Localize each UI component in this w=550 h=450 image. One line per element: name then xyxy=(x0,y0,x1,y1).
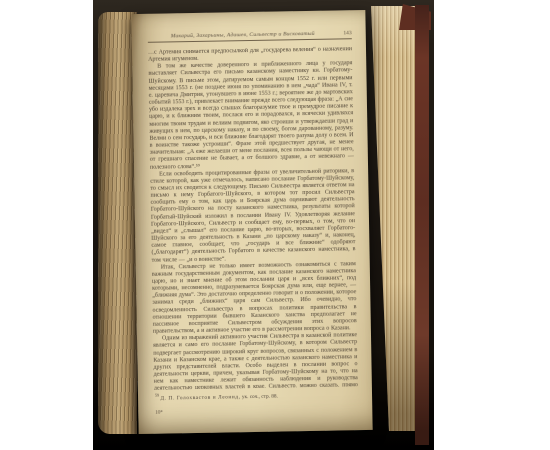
left-page-edges xyxy=(98,12,137,434)
open-book-page: Макарий, Захарьины, Адашев, Сильвестр и … xyxy=(131,10,372,434)
book-photo: Макарий, Захарьины, Адашев, Сильвестр и … xyxy=(93,0,434,450)
paragraph: В том же качестве доверенного и приближе… xyxy=(148,61,354,172)
footnote-marker: 59 xyxy=(155,393,159,398)
signature-mark: 10* xyxy=(155,411,163,416)
paragraph: Итак, Сильвестр не только имеет возможно… xyxy=(152,261,357,336)
product-photo-canvas: Макарий, Захарьины, Адашев, Сильвестр и … xyxy=(0,0,550,450)
paragraph: Одним из выражений активного участия Сил… xyxy=(153,332,358,389)
page-text: …с Артемия снимается предпосылкой для „г… xyxy=(148,46,358,390)
fore-edge-pages xyxy=(371,6,416,431)
paragraph: Если освободить процитированные фразы от… xyxy=(150,168,356,265)
page-content: Макарий, Захарьины, Адашев, Сильвестр и … xyxy=(131,10,372,434)
page-number: 143 xyxy=(338,30,352,36)
book-cover-edge xyxy=(415,5,429,445)
footnote-reference: ук. соч., стр. 88. xyxy=(241,394,278,401)
footnote: 59 Д. П. Голохвастов и Леонид, ук. соч.,… xyxy=(155,389,356,401)
footnote-authors: Д. П. Голохвастов и Леонид, xyxy=(160,394,240,401)
